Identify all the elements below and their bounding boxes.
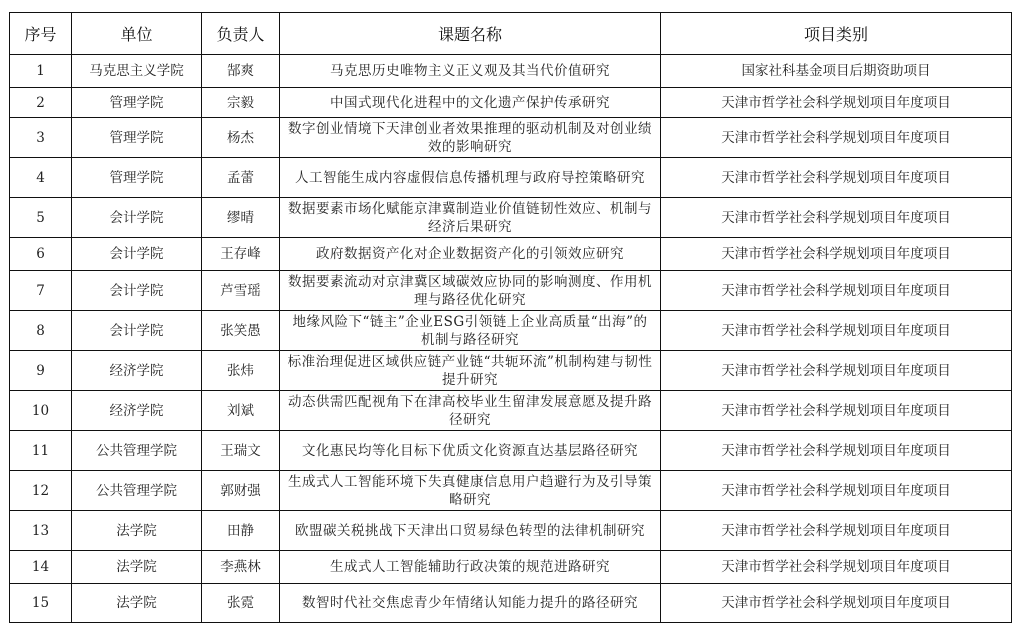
unit-cell: 会计学院 (72, 198, 202, 238)
project-list-table: 序号 单位 负责人 课题名称 项目类别 1马克思主义学院郜爽马克思历史唯物主义正… (9, 12, 1012, 623)
header-title: 课题名称 (280, 13, 661, 55)
unit-cell: 马克思主义学院 (72, 55, 202, 88)
table-row: 11公共管理学院王瑞文文化惠民均等化目标下优质文化资源直达基层路径研究天津市哲学… (10, 431, 1012, 471)
category-cell: 天津市哲学社会科学规划项目年度项目 (661, 198, 1012, 238)
leader-cell: 李燕林 (202, 551, 280, 584)
header-leader: 负责人 (202, 13, 280, 55)
row-number: 8 (10, 311, 72, 351)
category-cell: 天津市哲学社会科学规划项目年度项目 (661, 118, 1012, 158)
row-number: 15 (10, 584, 72, 623)
title-cell: 地缘风险下“链主”企业ESG引领链上企业高质量“出海”的机制与路径研究 (280, 311, 661, 351)
category-cell: 天津市哲学社会科学规划项目年度项目 (661, 471, 1012, 511)
title-cell: 人工智能生成内容虚假信息传播机理与政府导控策略研究 (280, 158, 661, 198)
row-number: 3 (10, 118, 72, 158)
title-cell: 数智时代社交焦虑青少年情绪认知能力提升的路径研究 (280, 584, 661, 623)
title-cell: 中国式现代化进程中的文化遗产保护传承研究 (280, 88, 661, 118)
leader-cell: 孟蕾 (202, 158, 280, 198)
category-cell: 天津市哲学社会科学规划项目年度项目 (661, 88, 1012, 118)
category-cell: 国家社科基金项目后期资助项目 (661, 55, 1012, 88)
unit-cell: 管理学院 (72, 158, 202, 198)
category-cell: 天津市哲学社会科学规划项目年度项目 (661, 551, 1012, 584)
title-cell: 马克思历史唯物主义正义观及其当代价值研究 (280, 55, 661, 88)
leader-cell: 刘斌 (202, 391, 280, 431)
table-row: 7会计学院芦雪瑶数据要素流动对京津冀区域碳效应协同的影响测度、作用机理与路径优化… (10, 271, 1012, 311)
table-row: 12公共管理学院郭财强生成式人工智能环境下失真健康信息用户趋避行为及引导策略研究… (10, 471, 1012, 511)
table-row: 14法学院李燕林生成式人工智能辅助行政决策的规范进路研究天津市哲学社会科学规划项… (10, 551, 1012, 584)
row-number: 5 (10, 198, 72, 238)
title-cell: 动态供需匹配视角下在津高校毕业生留津发展意愿及提升路径研究 (280, 391, 661, 431)
leader-cell: 张炜 (202, 351, 280, 391)
row-number: 9 (10, 351, 72, 391)
leader-cell: 杨杰 (202, 118, 280, 158)
row-number: 14 (10, 551, 72, 584)
header-category: 项目类别 (661, 13, 1012, 55)
table-row: 3管理学院杨杰数字创业情境下天津创业者效果推理的驱动机制及对创业绩效的影响研究天… (10, 118, 1012, 158)
leader-cell: 王存峰 (202, 238, 280, 271)
unit-cell: 管理学院 (72, 118, 202, 158)
leader-cell: 芦雪瑶 (202, 271, 280, 311)
unit-cell: 公共管理学院 (72, 431, 202, 471)
table-row: 15法学院张霓数智时代社交焦虑青少年情绪认知能力提升的路径研究天津市哲学社会科学… (10, 584, 1012, 623)
title-cell: 标准治理促进区域供应链产业链“共轭环流”机制构建与韧性提升研究 (280, 351, 661, 391)
title-cell: 政府数据资产化对企业数据资产化的引领效应研究 (280, 238, 661, 271)
leader-cell: 缪晴 (202, 198, 280, 238)
leader-cell: 宗毅 (202, 88, 280, 118)
table-row: 6会计学院王存峰政府数据资产化对企业数据资产化的引领效应研究天津市哲学社会科学规… (10, 238, 1012, 271)
leader-cell: 郜爽 (202, 55, 280, 88)
header-unit: 单位 (72, 13, 202, 55)
title-cell: 生成式人工智能环境下失真健康信息用户趋避行为及引导策略研究 (280, 471, 661, 511)
leader-cell: 张笑愚 (202, 311, 280, 351)
table-row: 5会计学院缪晴数据要素市场化赋能京津冀制造业价值链韧性效应、机制与经济后果研究天… (10, 198, 1012, 238)
title-cell: 生成式人工智能辅助行政决策的规范进路研究 (280, 551, 661, 584)
row-number: 10 (10, 391, 72, 431)
row-number: 6 (10, 238, 72, 271)
title-cell: 数据要素市场化赋能京津冀制造业价值链韧性效应、机制与经济后果研究 (280, 198, 661, 238)
category-cell: 天津市哲学社会科学规划项目年度项目 (661, 158, 1012, 198)
row-number: 2 (10, 88, 72, 118)
title-cell: 数字创业情境下天津创业者效果推理的驱动机制及对创业绩效的影响研究 (280, 118, 661, 158)
row-number: 11 (10, 431, 72, 471)
row-number: 12 (10, 471, 72, 511)
header-no: 序号 (10, 13, 72, 55)
header-row: 序号 单位 负责人 课题名称 项目类别 (10, 13, 1012, 55)
category-cell: 天津市哲学社会科学规划项目年度项目 (661, 584, 1012, 623)
title-cell: 欧盟碳关税挑战下天津出口贸易绿色转型的法律机制研究 (280, 511, 661, 551)
category-cell: 天津市哲学社会科学规划项目年度项目 (661, 431, 1012, 471)
row-number: 7 (10, 271, 72, 311)
unit-cell: 法学院 (72, 584, 202, 623)
table-row: 2管理学院宗毅中国式现代化进程中的文化遗产保护传承研究天津市哲学社会科学规划项目… (10, 88, 1012, 118)
leader-cell: 张霓 (202, 584, 280, 623)
table-row: 9经济学院张炜标准治理促进区域供应链产业链“共轭环流”机制构建与韧性提升研究天津… (10, 351, 1012, 391)
table-row: 1马克思主义学院郜爽马克思历史唯物主义正义观及其当代价值研究国家社科基金项目后期… (10, 55, 1012, 88)
title-cell: 数据要素流动对京津冀区域碳效应协同的影响测度、作用机理与路径优化研究 (280, 271, 661, 311)
leader-cell: 王瑞文 (202, 431, 280, 471)
unit-cell: 会计学院 (72, 311, 202, 351)
title-cell: 文化惠民均等化目标下优质文化资源直达基层路径研究 (280, 431, 661, 471)
table-row: 13法学院田静欧盟碳关税挑战下天津出口贸易绿色转型的法律机制研究天津市哲学社会科… (10, 511, 1012, 551)
unit-cell: 法学院 (72, 511, 202, 551)
table-row: 4管理学院孟蕾人工智能生成内容虚假信息传播机理与政府导控策略研究天津市哲学社会科… (10, 158, 1012, 198)
unit-cell: 会计学院 (72, 238, 202, 271)
table-row: 8会计学院张笑愚地缘风险下“链主”企业ESG引领链上企业高质量“出海”的机制与路… (10, 311, 1012, 351)
unit-cell: 会计学院 (72, 271, 202, 311)
category-cell: 天津市哲学社会科学规划项目年度项目 (661, 311, 1012, 351)
row-number: 1 (10, 55, 72, 88)
row-number: 13 (10, 511, 72, 551)
category-cell: 天津市哲学社会科学规划项目年度项目 (661, 351, 1012, 391)
unit-cell: 公共管理学院 (72, 471, 202, 511)
unit-cell: 管理学院 (72, 88, 202, 118)
category-cell: 天津市哲学社会科学规划项目年度项目 (661, 391, 1012, 431)
table-row: 10经济学院刘斌动态供需匹配视角下在津高校毕业生留津发展意愿及提升路径研究天津市… (10, 391, 1012, 431)
leader-cell: 田静 (202, 511, 280, 551)
unit-cell: 经济学院 (72, 351, 202, 391)
leader-cell: 郭财强 (202, 471, 280, 511)
category-cell: 天津市哲学社会科学规划项目年度项目 (661, 238, 1012, 271)
category-cell: 天津市哲学社会科学规划项目年度项目 (661, 271, 1012, 311)
unit-cell: 经济学院 (72, 391, 202, 431)
row-number: 4 (10, 158, 72, 198)
category-cell: 天津市哲学社会科学规划项目年度项目 (661, 511, 1012, 551)
unit-cell: 法学院 (72, 551, 202, 584)
